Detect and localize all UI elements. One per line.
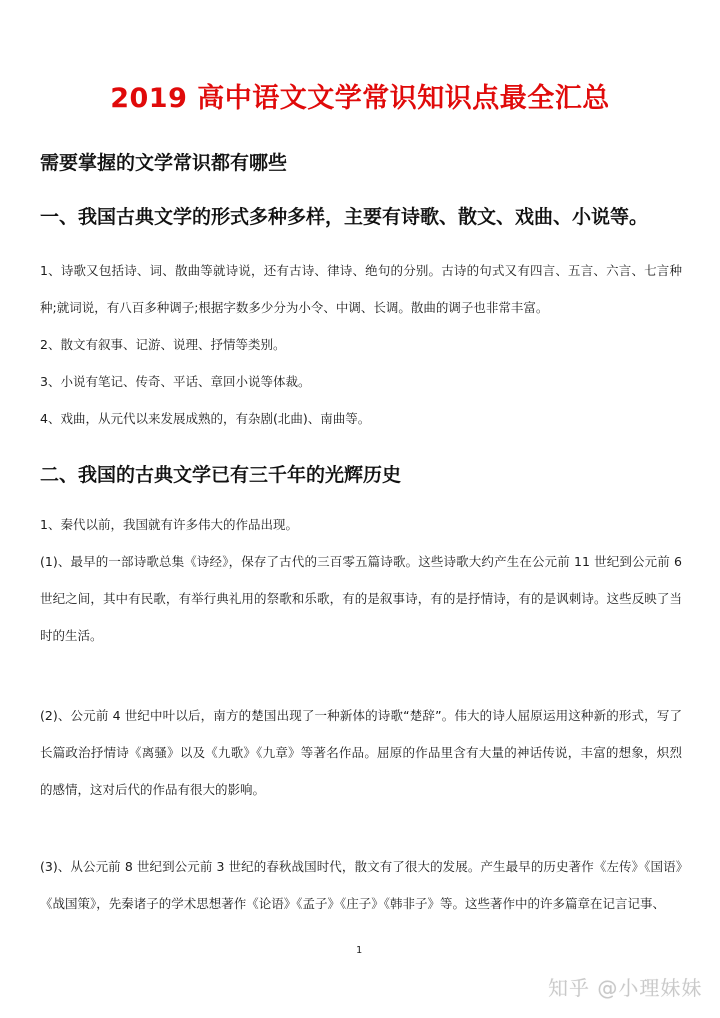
section-2-paragraph-4: (3)、从公元前 8 世纪到公元前 3 世纪的春秋战国时代，散文有了很大的发展。… [40,848,682,922]
section-2-paragraph-2: (1)、最早的一部诗歌总集《诗经》，保存了古代的三百零五篇诗歌。这些诗歌大约产生… [40,543,682,654]
watermark: 知乎 @小理妹妹 [548,972,702,1001]
section-2-paragraph-1: 1、秦代以前，我国就有许多伟大的作品出现。 [40,506,682,543]
section-1-paragraph-2: 2、散文有叙事、记游、说理、抒情等类别。 [40,326,682,363]
section-2-heading: 二、我国的古典文学已有三千年的光辉历史 [40,460,401,487]
section-2-paragraph-3: (2)、公元前 4 世纪中叶以后，南方的楚国出现了一种新体的诗歌“楚辞”。伟大的… [40,697,682,808]
subheading: 需要掌握的文学常识都有哪些 [40,148,287,175]
page-number: 1 [356,945,362,956]
section-1-paragraph-1: 1、诗歌又包括诗、词、散曲等就诗说，还有古诗、律诗、绝句的分别。古诗的句式又有四… [40,252,682,326]
section-1-paragraph-3: 3、小说有笔记、传奇、平话、章回小说等体裁。 [40,363,682,400]
section-1-heading: 一、我国古典文学的形式多种多样，主要有诗歌、散文、戏曲、小说等。 [40,202,648,229]
section-1-paragraph-4: 4、戏曲，从元代以来发展成熟的，有杂剧(北曲)、南曲等。 [40,400,682,437]
document-page: 2019 高中语文文学常识知识点最全汇总 需要掌握的文学常识都有哪些 一、我国古… [0,0,720,1018]
document-title: 2019 高中语文文学常识知识点最全汇总 [0,76,720,115]
